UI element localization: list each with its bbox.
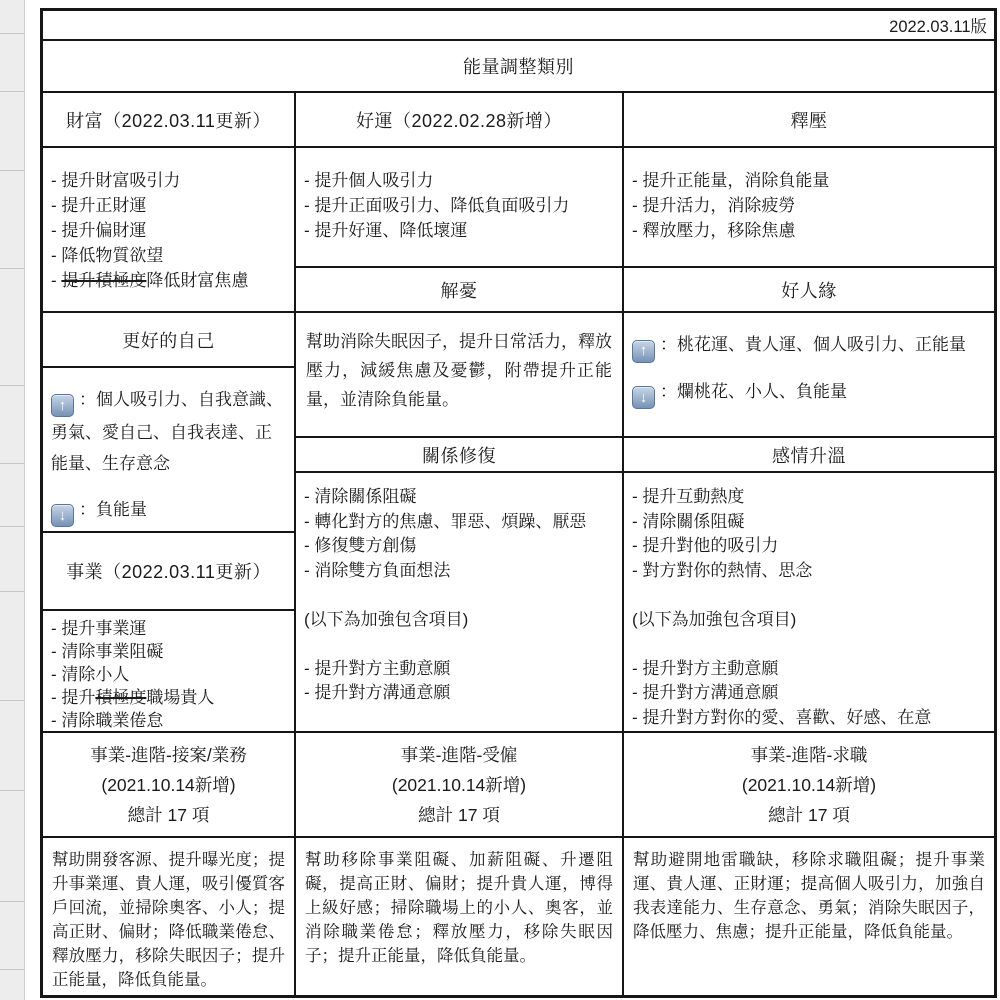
decrease-effects-line: ↓：負能量 (51, 494, 286, 527)
list-item: - 提升互動熱度 (632, 485, 984, 510)
list-item: - 提升正財運 (51, 193, 284, 218)
row-divider (0, 91, 24, 92)
down-arrow-icon: ↓ (51, 504, 74, 527)
increase-effects-text: ：桃花運、貴人運、個人吸引力、正能量 (660, 335, 966, 354)
list-item: - 降低物質欲望 (51, 243, 284, 268)
list-item: - 提升對他的吸引力 (632, 534, 984, 559)
popularity-effects-cell: ↑：桃花運、貴人運、個人吸引力、正能量 ↓：爛桃花、小人、負能量 (624, 313, 994, 438)
career-header: 事業（2022.03.11更新） (43, 533, 296, 611)
list-item: - 提升活力，消除疲勞 (632, 193, 984, 218)
list-item: - 提升對方主動意願 (304, 657, 612, 682)
row-divider (0, 33, 24, 34)
advanced-subtitle: (2021.10.14新增) (742, 770, 876, 800)
better-self-header: 更好的自己 (43, 313, 296, 368)
list-item: - 提升財富吸引力 (51, 168, 284, 193)
popularity-header: 好人緣 (624, 268, 994, 313)
worry-relief-body: 幫助消除失眠因子，提升日常活力，釋放壓力，減緩焦慮及憂鬱，附帶提升正能量，並清除… (296, 313, 624, 438)
relationship-repair-items-cell: - 清除關係阻礙- 轉化對方的焦慮、罪惡、煩躁、厭惡- 修復雙方創傷- 消除雙方… (296, 473, 624, 733)
up-arrow-icon: ↑ (632, 340, 655, 363)
advanced-title: 事業-進階-接案/業務 (90, 740, 247, 770)
list-item: - 清除職業倦怠 (51, 709, 284, 732)
increase-effects-text: ：個人吸引力、自我意識、勇氣、愛自己、自我表達、正能量、生存意念 (51, 390, 283, 473)
list-item: - 修復雙方創傷 (304, 534, 612, 559)
stress-items-cell: - 提升正能量，消除負能量- 提升活力，消除疲勞- 釋放壓力，移除焦慮 (624, 148, 994, 268)
struck-text: 提升積極度 (61, 271, 146, 290)
list-item: (以下為加強包含項目) (304, 608, 612, 633)
row-divider (0, 591, 24, 592)
app-edge-strip (0, 0, 25, 1000)
increase-effects-line: ↑：桃花運、貴人運、個人吸引力、正能量 (632, 331, 986, 363)
advanced-count: 總計 17 項 (768, 800, 850, 830)
list-item: - 清除關係阻礙 (304, 485, 612, 510)
row-divider (0, 790, 24, 791)
row-divider (0, 901, 24, 902)
love-warming-header: 感情升溫 (624, 438, 994, 473)
advanced-title: 事業-進階-受僱 (401, 740, 518, 770)
list-item (632, 632, 984, 657)
energy-adjustment-table: 2022.03.11版 能量調整類別 財富（2022.03.11更新） 好運（2… (40, 8, 997, 998)
row-divider (0, 700, 24, 701)
luck-items-cell: - 提升個人吸引力- 提升正面吸引力、降低負面吸引力- 提升好運、降低壞運 (296, 148, 624, 268)
row-divider (0, 969, 24, 970)
row-divider (0, 385, 24, 386)
page-title: 能量調整類別 (43, 41, 994, 93)
list-item: - 提升正面吸引力、降低負面吸引力 (304, 193, 612, 218)
list-item: - 提升偏財運 (51, 218, 284, 243)
list-item: - 提升積極度降低財富焦慮 (51, 268, 284, 293)
stress-relief-header: 釋壓 (624, 93, 994, 148)
list-item: (以下為加強包含項目) (632, 608, 984, 633)
list-item: - 提升積極度職場貴人 (51, 686, 284, 709)
better-self-effects-cell: ↑：個人吸引力、自我意識、勇氣、愛自己、自我表達、正能量、生存意念 ↓：負能量 (43, 368, 296, 533)
advanced-title: 事業-進階-求職 (751, 740, 868, 770)
list-item: - 轉化對方的焦慮、罪惡、煩躁、厭惡 (304, 510, 612, 535)
career-items-cell: - 提升事業運- 清除事業阻礙- 清除小人- 提升積極度職場貴人- 清除職業倦怠 (43, 611, 296, 733)
row-divider (0, 463, 24, 464)
increase-effects-line: ↑：個人吸引力、自我意識、勇氣、愛自己、自我表達、正能量、生存意念 (51, 384, 286, 479)
list-item: - 提升個人吸引力 (304, 168, 612, 193)
advanced-freelance-header: 事業-進階-接案/業務 (2021.10.14新增) 總計 17 項 (43, 733, 296, 838)
list-item: - 清除小人 (51, 663, 284, 686)
decrease-effects-text: ：爛桃花、小人、負能量 (660, 382, 847, 401)
list-item: - 提升事業運 (51, 617, 284, 640)
row-divider (0, 526, 24, 527)
advanced-count: 總計 17 項 (418, 800, 500, 830)
advanced-employed-header: 事業-進階-受僱 (2021.10.14新增) 總計 17 項 (296, 733, 624, 838)
wealth-header: 財富（2022.03.11更新） (43, 93, 296, 148)
list-item: - 清除關係阻礙 (632, 510, 984, 535)
advanced-freelance-body: 幫助開發客源、提升曝光度；提升事業運、貴人運，吸引優質客戶回流，並掃除奧客、小人… (43, 838, 296, 995)
love-warming-items-cell: - 提升互動熱度- 清除關係阻礙- 提升對他的吸引力- 對方對你的熱情、思念 (… (624, 473, 994, 733)
luck-header: 好運（2022.02.28新增） (296, 93, 624, 148)
decrease-effects-text: ：負能量 (79, 500, 147, 519)
advanced-subtitle: (2021.10.14新增) (101, 770, 235, 800)
version-label: 2022.03.11版 (43, 11, 994, 41)
down-arrow-icon: ↓ (632, 386, 655, 409)
list-item: - 釋放壓力，移除焦慮 (632, 218, 984, 243)
list-item: - 提升正能量，消除負能量 (632, 168, 984, 193)
list-item (632, 583, 984, 608)
list-item: - 提升對方溝通意願 (632, 681, 984, 706)
row-divider (0, 268, 24, 269)
wealth-items-cell: - 提升財富吸引力- 提升正財運- 提升偏財運- 降低物質欲望- 提升積極度降低… (43, 148, 296, 313)
advanced-count: 總計 17 項 (128, 800, 210, 830)
list-item: - 提升對方主動意願 (632, 657, 984, 682)
relationship-repair-header: 關係修復 (296, 438, 624, 473)
advanced-jobseeking-body: 幫助避開地雷職缺，移除求職阻礙；提升事業運、貴人運、正財運；提高個人吸引力，加強… (624, 838, 994, 995)
list-item: - 對方對你的熱情、思念 (632, 559, 984, 584)
list-item (304, 632, 612, 657)
list-item: - 消除雙方負面想法 (304, 559, 612, 584)
list-item: - 提升好運、降低壞運 (304, 218, 612, 243)
row-divider (0, 170, 24, 171)
list-item: - 提升對方對你的愛、喜歡、好感、在意 (632, 706, 984, 731)
advanced-employed-body: 幫助移除事業阻礙、加薪阻礙、升遷阻礙，提高正財、偏財；提升貴人運，博得上級好感；… (296, 838, 624, 995)
worry-relief-header: 解憂 (296, 268, 624, 313)
up-arrow-icon: ↑ (51, 394, 74, 417)
decrease-effects-line: ↓：爛桃花、小人、負能量 (632, 378, 986, 410)
list-item: - 清除事業阻礙 (51, 640, 284, 663)
list-item (304, 583, 612, 608)
advanced-subtitle: (2021.10.14新增) (392, 770, 526, 800)
advanced-jobseeking-header: 事業-進階-求職 (2021.10.14新增) 總計 17 項 (624, 733, 994, 838)
struck-text: 積極度 (95, 688, 146, 707)
list-item: - 提升對方溝通意願 (304, 681, 612, 706)
